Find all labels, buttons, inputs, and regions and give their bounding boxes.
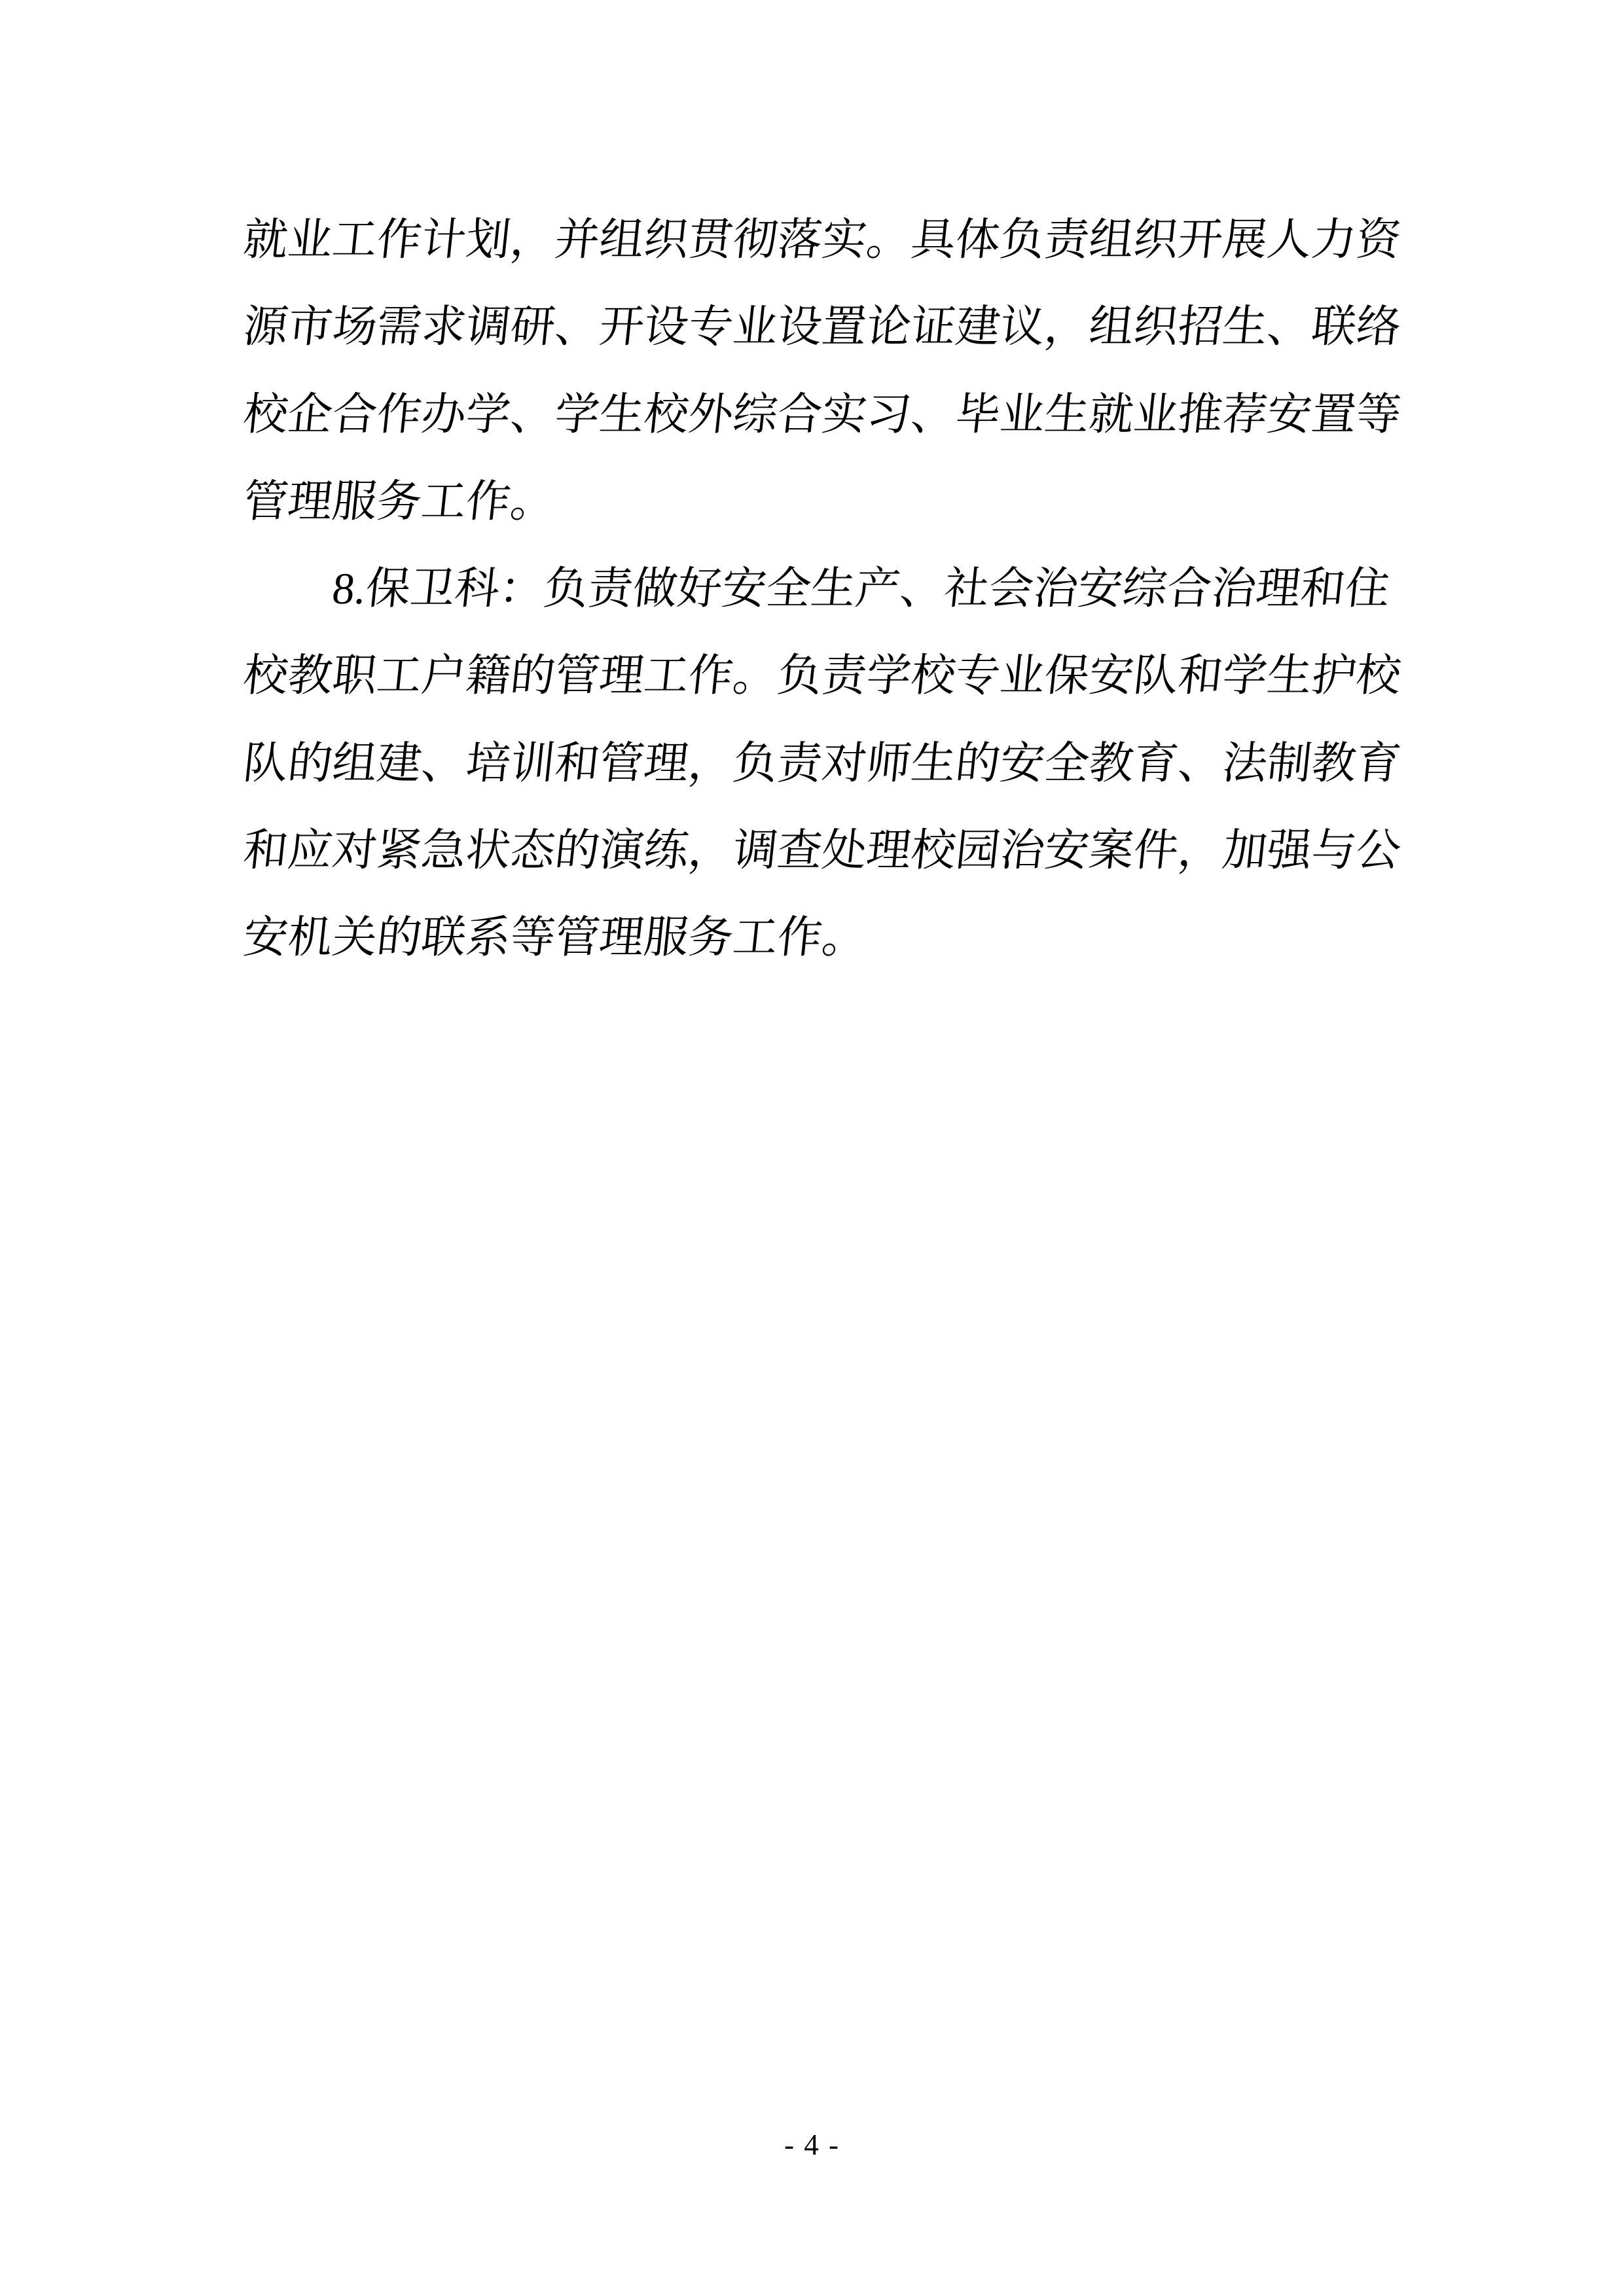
document-body: 就业工作计划，并组织贯彻落实。具体负责组织开展人力资 源市场需求调研、开设专业设… — [244, 196, 1401, 982]
paragraph-line: 管理服务工作。 — [239, 458, 1405, 545]
paragraph-line: 8.保卫科：负责做好安全生产、社会治安综合治理和住 — [239, 545, 1405, 632]
paragraph-line: 校企合作办学、学生校外综合实习、毕业生就业推荐安置等 — [239, 371, 1405, 458]
paragraph-line: 安机关的联系等管理服务工作。 — [239, 894, 1405, 981]
paragraph-line: 校教职工户籍的管理工作。负责学校专业保安队和学生护校 — [239, 632, 1405, 719]
document-page: 就业工作计划，并组织贯彻落实。具体负责组织开展人力资 源市场需求调研、开设专业设… — [0, 0, 1624, 2296]
paragraph-line: 就业工作计划，并组织贯彻落实。具体负责组织开展人力资 — [239, 196, 1405, 283]
paragraph-line: 和应对紧急状态的演练，调查处理校园治安案件，加强与公 — [239, 807, 1405, 894]
paragraph-line: 源市场需求调研、开设专业设置论证建议，组织招生、联络 — [239, 283, 1405, 370]
page-number: - 4 - — [784, 2128, 840, 2161]
paragraph-line: 队的组建、培训和管理，负责对师生的安全教育、法制教育 — [239, 720, 1405, 807]
page-footer: - 4 - — [0, 2129, 1624, 2161]
